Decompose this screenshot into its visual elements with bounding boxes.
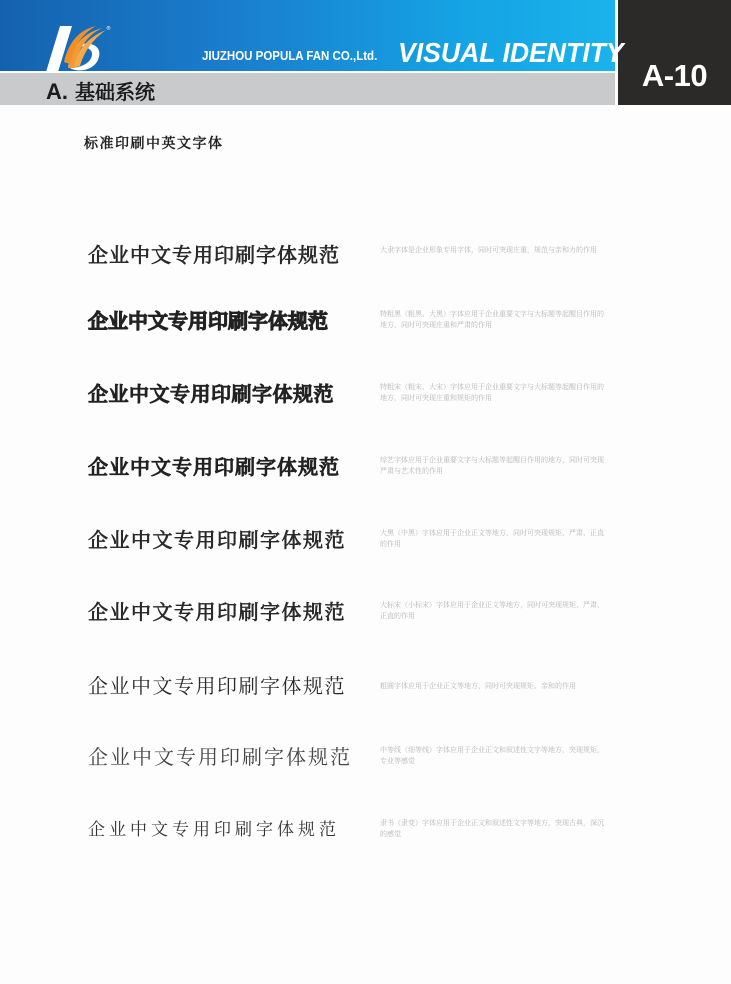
font-sample-text: 企业中文专用印刷字体规范 [88, 382, 334, 406]
visual-identity-title: VISUAL IDENTITY [398, 37, 624, 69]
page-code: A-10 [618, 58, 731, 94]
font-sample-text: 企业中文专用印刷字体规范 [88, 745, 352, 769]
font-sample-text: 企业中文专用印刷字体规范 [88, 455, 340, 479]
popula-fan-logo-icon: ® [46, 22, 112, 74]
font-sample-description: 中等线（细等线）字体应用于企业正文和叙述性文字等地方，突现规矩，专业等感觉 [380, 745, 610, 767]
font-sample-description: 综艺字体应用于企业重要文字与大标题等起醒目作用的地方，同时可突现严肃与艺术性的作… [380, 455, 610, 477]
font-sample-text: 企业中文专用印刷字体规范 [88, 309, 328, 333]
font-sample-text: 企业中文专用印刷字体规范 [88, 528, 346, 552]
font-sample-text: 企业中文专用印刷字体规范 [88, 818, 340, 842]
page-subtitle: 标准印刷中英文字体 [84, 133, 224, 153]
font-sample-description: 大隶字体是企业形象专用字体，同时可突现庄重，规范与亲和力的作用 [380, 245, 610, 256]
font-sample-text: 企业中文专用印刷字体规范 [88, 600, 346, 624]
section-title: A. 基础系统 [46, 76, 155, 105]
section-letter: A. [46, 79, 68, 104]
font-sample-description: 特粗黑（粗黑、大黑）字体应用于企业重要文字与大标题等起醒目作用的地方，同时可突现… [380, 309, 610, 331]
font-sample-description: 大标宋（小标宋）字体应用于企业正文等地方，同时可突现规矩、严肃、正直的作用 [380, 600, 610, 622]
company-name: JIUZHOU POPULA FAN CO.,Ltd. [202, 49, 377, 63]
font-sample-text: 企业中文专用印刷字体规范 [88, 674, 346, 698]
section-name: 基础系统 [75, 80, 155, 104]
font-sample-description: 特粗宋（粗宋、大宋）字体应用于企业重要文字与大标题等起醒目作用的地方，同时可突现… [380, 382, 610, 404]
font-sample-description: 大黑（中黑）字体应用于企业正文等地方，同时可突现规矩、严肃、正直的作用 [380, 528, 610, 550]
font-sample-text: 企业中文专用印刷字体规范 [88, 243, 340, 267]
font-sample-description: 隶书（隶变）字体应用于企业正文和叙述性文字等地方，突现古典，深沉的感觉 [380, 818, 610, 840]
company-logo: ® [46, 22, 112, 74]
font-sample-description: 粗圆字体应用于企业正文等地方，同时可突现规矩、亲和的作用 [380, 681, 610, 692]
svg-text:®: ® [106, 25, 111, 32]
